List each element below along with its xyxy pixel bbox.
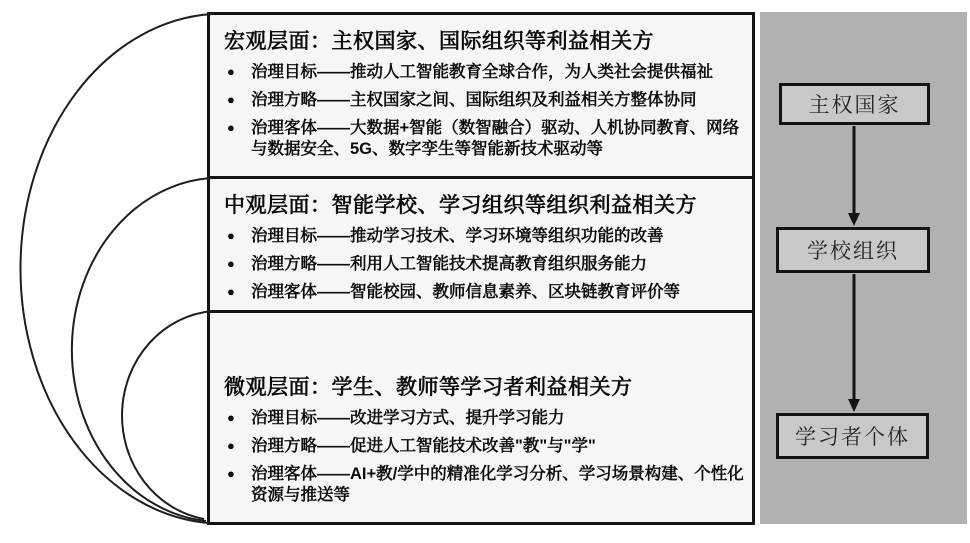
governance-diagram: { "colors": { "page_bg": "#ffffff", "mai…	[0, 0, 970, 543]
bullet-text: 治理客体——智能校园、教师信息素养、区块链教育评价等	[251, 283, 680, 301]
stakeholder-label: 学校组织	[807, 235, 899, 265]
macro-strategy-item: ● 治理方略——主权国家之间、国际组织及利益相关方整体协同	[224, 90, 746, 112]
bullet-text: 治理目标——推动人工智能教育全球合作，为人类社会提供福祉	[251, 63, 713, 81]
meso-level-section: 中观层面：智能学校、学习组织等组织利益相关方 ● 治理目标——推动学习技术、学习…	[210, 176, 752, 310]
stakeholder-label: 主权国家	[809, 89, 901, 119]
bullet-icon: ●	[227, 91, 235, 108]
meso-level-heading: 中观层面：智能学校、学习组织等组织利益相关方	[224, 189, 746, 219]
bullet-text: 治理方略——促进人工智能技术改善"教"与"学"	[251, 437, 596, 455]
micro-level-section: 微观层面：学生、教师等学习者利益相关方 ● 治理目标——改进学习方式、提升学习能…	[210, 310, 752, 522]
macro-goal-item: ● 治理目标——推动人工智能教育全球合作，为人类社会提供福祉	[224, 62, 746, 84]
bullet-icon: ●	[227, 409, 235, 426]
macro-level-section: 宏观层面：主权国家、国际组织等利益相关方 ● 治理目标——推动人工智能教育全球合…	[210, 15, 752, 176]
bullet-text: 治理方略——利用人工智能技术提高教育组织服务能力	[251, 255, 647, 273]
macro-object-item: ● 治理客体——大数据+智能（数智融合）驱动、人机协同教育、网络与数据安全、5G…	[224, 118, 746, 162]
bullet-icon: ●	[227, 227, 235, 244]
macro-level-heading: 宏观层面：主权国家、国际组织等利益相关方	[224, 25, 746, 55]
meso-strategy-item: ● 治理方略——利用人工智能技术提高教育组织服务能力	[224, 254, 746, 276]
stakeholder-box-sovereign-state: 主权国家	[779, 83, 930, 125]
micro-object-item: ● 治理客体——AI+教/学中的精准化学习分析、学习场景构建、个性化资源与推送等	[224, 464, 746, 508]
meso-arc	[72, 178, 212, 521]
bullet-icon: ●	[227, 437, 235, 454]
bullet-text: 治理目标——改进学习方式、提升学习能力	[251, 409, 565, 427]
macro-arc	[20, 14, 212, 523]
bullet-text: 治理方略——主权国家之间、国际组织及利益相关方整体协同	[251, 91, 697, 109]
stakeholder-label: 学习者个体	[795, 421, 910, 451]
governance-levels-box: 宏观层面：主权国家、国际组织等利益相关方 ● 治理目标——推动人工智能教育全球合…	[207, 12, 755, 525]
bullet-icon: ●	[227, 63, 235, 80]
meso-object-item: ● 治理客体——智能校园、教师信息素养、区块链教育评价等	[224, 282, 746, 304]
micro-level-heading: 微观层面：学生、教师等学习者利益相关方	[224, 371, 746, 401]
micro-arc	[122, 311, 212, 519]
bullet-icon: ●	[227, 465, 235, 482]
bullet-text: 治理目标——推动学习技术、学习环境等组织功能的改善	[251, 227, 664, 245]
micro-goal-item: ● 治理目标——改进学习方式、提升学习能力	[224, 408, 746, 430]
bullet-text: 治理客体——AI+教/学中的精准化学习分析、学习场景构建、个性化资源与推送等	[251, 465, 744, 505]
stakeholder-box-school-organization: 学校组织	[776, 227, 930, 273]
micro-strategy-item: ● 治理方略——促进人工智能技术改善"教"与"学"	[224, 436, 746, 458]
stakeholder-box-individual-learner: 学习者个体	[776, 413, 929, 459]
bullet-icon: ●	[227, 255, 235, 272]
bullet-text: 治理客体——大数据+智能（数智融合）驱动、人机协同教育、网络与数据安全、5G、数…	[251, 119, 739, 159]
bullet-icon: ●	[227, 283, 235, 300]
meso-goal-item: ● 治理目标——推动学习技术、学习环境等组织功能的改善	[224, 226, 746, 248]
bullet-icon: ●	[227, 119, 235, 136]
